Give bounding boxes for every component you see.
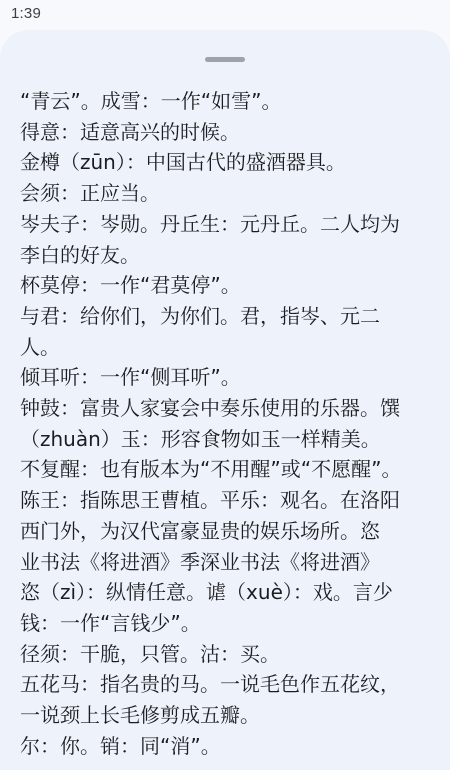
text-line: 径须：干脆，只管。沽：买。: [20, 639, 420, 670]
text-line: 金樽（zūn）：中国古代的盛酒器具。: [20, 147, 420, 178]
text-line: 杯莫停：一作“君莫停”。: [20, 270, 420, 301]
text-line: （zhuàn）玉：形容食物如玉一样精美。: [20, 424, 420, 455]
bottom-sheet[interactable]: “青云”。成雪：一作“如雪”。 得意：适意高兴的时候。 金樽（zūn）：中国古代…: [0, 30, 450, 750]
annotation-text: “青云”。成雪：一作“如雪”。 得意：适意高兴的时候。 金樽（zūn）：中国古代…: [20, 86, 420, 750]
text-line: 钱：一作“言钱少”。: [20, 608, 420, 639]
drag-handle[interactable]: [205, 57, 245, 62]
text-line: 尔：你。销：同“消”。: [20, 731, 420, 750]
text-line: 五花马：指名贵的马。一说毛色作五花纹，: [20, 669, 420, 700]
text-line: 李白的好友。: [20, 240, 420, 271]
status-bar: 1:39: [0, 0, 450, 30]
text-line: 不复醒：也有版本为“不用醒”或“不愿醒”。: [20, 454, 420, 485]
text-line: 人。: [20, 332, 420, 363]
text-line: 得意：适意高兴的时候。: [20, 117, 420, 148]
text-line: 与君：给你们，为你们。君，指岑、元二: [20, 301, 420, 332]
text-line: 岑夫子：岑勋。丹丘生：元丹丘。二人均为: [20, 209, 420, 240]
text-line: 陈王：指陈思王曹植。平乐：观名。在洛阳: [20, 485, 420, 516]
text-line: 业书法《将进酒》季深业书法《将进酒》: [20, 547, 420, 578]
text-line: “青云”。成雪：一作“如雪”。: [20, 86, 420, 117]
text-line: 恣（zì）：纵情任意。谑（xuè）：戏。言少: [20, 577, 420, 608]
status-time: 1:39: [11, 5, 41, 22]
text-line: 西门外，为汉代富豪显贵的娱乐场所。恣: [20, 516, 420, 547]
text-line: 会须：正应当。: [20, 178, 420, 209]
text-line: 一说颈上长毛修剪成五瓣。: [20, 700, 420, 731]
text-line: 钟鼓：富贵人家宴会中奏乐使用的乐器。馔: [20, 393, 420, 424]
text-line: 倾耳听：一作“侧耳听”。: [20, 362, 420, 393]
